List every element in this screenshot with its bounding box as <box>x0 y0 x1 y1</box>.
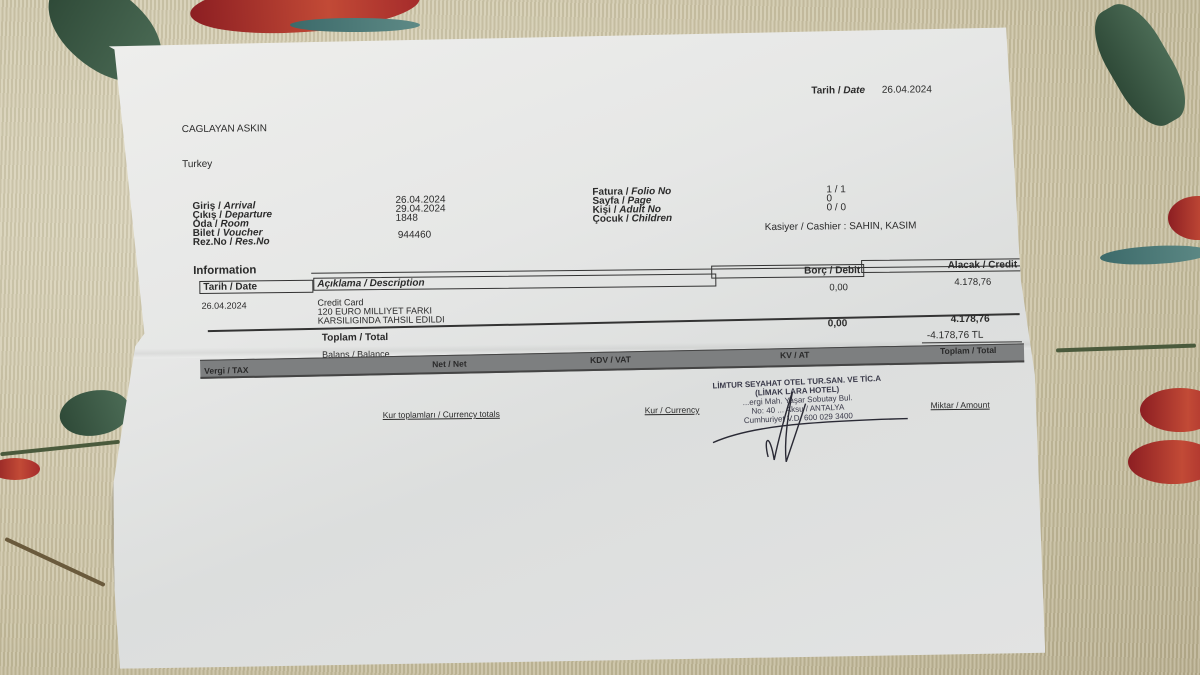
fabric-leaf-motif <box>1082 0 1199 136</box>
room-value: 1848 <box>396 214 418 224</box>
cashier-label: Kasiyer / Cashier : <box>765 221 847 233</box>
children-row: Çocuk / Children <box>593 214 673 225</box>
row-debit: 0,00 <box>829 283 848 293</box>
fabric-flower-motif <box>1140 388 1200 432</box>
col-header-credit: Alacak / Credit <box>861 258 1021 273</box>
fabric-stem <box>1056 344 1196 353</box>
fabric-stem <box>4 537 105 587</box>
net-label: Net / Net <box>432 360 467 369</box>
fabric-stem <box>0 440 120 457</box>
col-header-description: Açıklama / Description <box>313 274 716 291</box>
tax-label: Vergi / TAX <box>204 366 248 375</box>
col-header-date: Tarih / Date <box>199 280 313 294</box>
fabric-flower-motif <box>1128 440 1200 484</box>
guest-name: CAGLAYAN ASKIN <box>182 124 267 135</box>
row-date: 26.04.2024 <box>201 301 246 310</box>
res-no-value: 944460 <box>398 231 431 241</box>
fabric-flower-motif <box>1168 196 1200 240</box>
row-description-line3: KARSILIGINDA TAHSIL EDILDI <box>318 315 445 325</box>
total-debit: 0,00 <box>828 319 848 329</box>
balance-value: -4.178,76 TL <box>927 331 984 342</box>
fabric-leaf-motif <box>1100 243 1200 267</box>
cashier-value: SAHIN, KASIM <box>849 220 916 232</box>
adult-no-value: 0 / 0 <box>826 203 846 213</box>
guest-country: Turkey <box>182 160 212 170</box>
total-credit: 4.178,76 <box>951 315 990 325</box>
date-value: 26.04.2024 <box>882 84 932 96</box>
res-no-row: Rez.No / Res.No <box>193 237 270 248</box>
col-header-debit: Borç / Debit <box>711 264 864 279</box>
at-label: KV / AT <box>780 351 809 360</box>
total-label: Toplam / Total <box>322 333 388 344</box>
date-header: Tarih / Date 26.04.2024 <box>811 85 932 96</box>
fabric-flower-motif <box>0 458 40 480</box>
cashier: Kasiyer / Cashier : SAHIN, KASIM <box>765 221 917 233</box>
total-col-label: Toplam / Total <box>940 346 997 356</box>
information-title: Information <box>193 265 256 277</box>
receipt-content: Tarih / Date 26.04.2024 CAGLAYAN ASKIN T… <box>109 27 1046 669</box>
date-label-en: Date <box>843 85 865 96</box>
date-label: Tarih / <box>811 85 840 96</box>
fabric-leaf-motif <box>290 18 420 32</box>
vat-label: KDV / VAT <box>590 355 631 364</box>
currency-totals-label: Kur toplamları / Currency totals <box>383 410 500 420</box>
hotel-folio-receipt: Tarih / Date 26.04.2024 CAGLAYAN ASKIN T… <box>109 27 1046 669</box>
signature <box>707 380 948 473</box>
row-credit: 4.178,76 <box>954 278 991 288</box>
